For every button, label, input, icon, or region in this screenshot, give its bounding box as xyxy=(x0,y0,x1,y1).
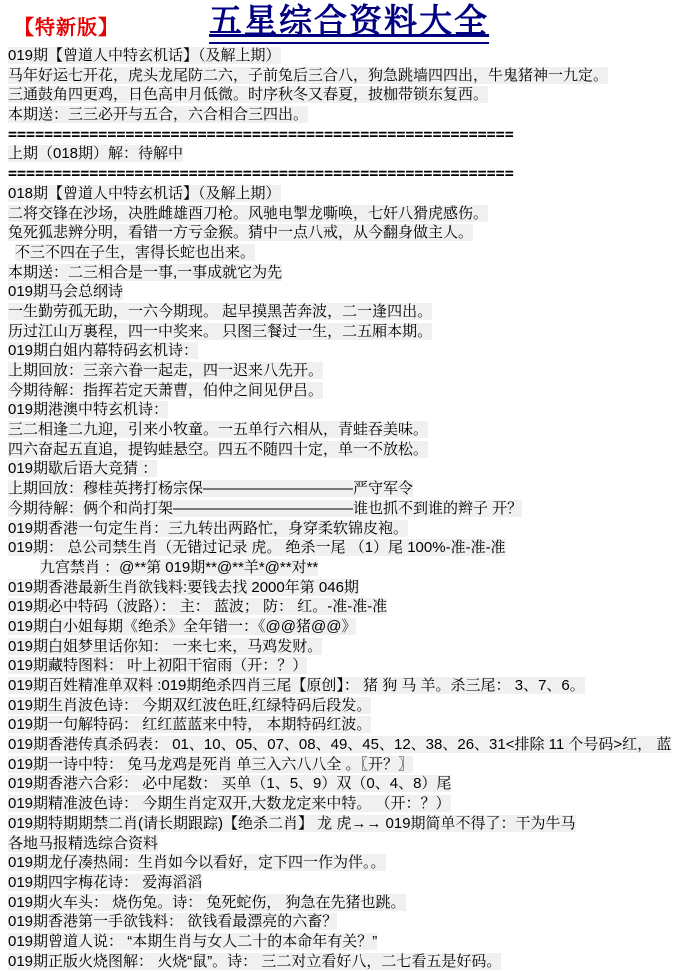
text-line: 019期香港第一手欲钱料： 欲钱看最漂亮的六畜？ xyxy=(8,912,690,932)
line-text: 019期马会总纲诗 xyxy=(8,283,123,300)
line-text: 019期正版火烧图解： 火烧“鼠”。诗： 三二对立看好八，二七看五是好码。 xyxy=(8,953,501,970)
text-line: 四六奋起五直追，提钩蛙悬空。四五不随四十定，单一不放松。 xyxy=(8,440,690,460)
line-text: 三通鼓角四更鸡，日色高申月低微。时序秋冬又春夏，披枷带锁东复西。 xyxy=(8,86,488,103)
line-text: 019期精准波色诗： 今期生肖定双开,大数龙定来中特。 （开：？） xyxy=(8,795,451,812)
line-text: 019期必中特码（波路）： 主： 蓝波； 防： 红。-准-准-准 xyxy=(8,598,387,615)
line-text: 019期白姐梦里话你知： 一来七来，马鸡发财。 xyxy=(8,638,322,655)
text-line: 019期特期期禁二肖(请长期跟踪)【绝杀二肖】 龙 虎→→ 019期简单不得了：… xyxy=(8,814,690,834)
line-text: 019期香港传真杀码表： 01、10、05、07、08、49、45、12、38、… xyxy=(8,736,671,753)
line-text: 019期百姓精准单双料 :019期绝杀四肖三尾【原创】： 猪 狗 马 羊。杀三尾… xyxy=(8,677,585,694)
text-line: 各地马报精选综合资料 xyxy=(8,834,690,854)
text-line: 019期藏特图料： 叶上初阳干宿雨（开：？） xyxy=(8,656,690,676)
line-text: 今期待解：指挥若定天萧曹，伯仲之间见伊吕。 xyxy=(8,382,323,399)
text-line: 018期【曾道人中特玄机话】（及解上期） xyxy=(8,184,690,204)
content-lines: 019期【曾道人中特玄机话】（及解上期）马年好运七开花，虎头龙尾防二六，子前兔后… xyxy=(8,46,690,971)
text-line: 本期送：三三必开与五合，六合相合三四出。 xyxy=(8,105,690,125)
text-line: 今期待解：俩个和尚打架————————————谁也抓不到谁的辫子 开？ xyxy=(8,499,690,519)
text-line: 019期【曾道人中特玄机话】（及解上期） xyxy=(8,46,690,66)
line-text: 不三不四在子生，害得长蛇也出来。 xyxy=(15,244,255,261)
line-text: 019期生肖波色诗： 今期双红波色旺,红绿特码后段发。 xyxy=(8,697,371,714)
line-text: 历过江山万裏程，四一中奖来。 只图三餐过一生，二五厢本期。 xyxy=(8,323,432,340)
line-text: 019期香港最新生肖欲钱料:要钱去找 2000年第 046期 xyxy=(8,579,359,596)
text-line: 019期马会总纲诗 xyxy=(8,282,690,302)
edition-badge: 【特新版】 xyxy=(14,11,119,40)
text-line: 019期火车头： 烧伤兔。诗： 兔死蛇伤， 狗急在先猪也跳。 xyxy=(8,893,690,913)
text-line: 一生勤劳孤无助，一六今期现。 起早摸黑苦奔波，二一逢四出。 xyxy=(8,302,690,322)
text-line: 019期龙仔凑热闹：生肖如今以看好，定下四一作为伴。。 xyxy=(8,853,690,873)
line-text: 019期藏特图料： 叶上初阳干宿雨（开：？） xyxy=(8,657,307,674)
line-text: 上期回放：穆桂英拷打杨宗保——————————严守军令 xyxy=(8,480,413,497)
text-line: 019期曾道人说： “本期生肖与女人二十的本命年有关？” xyxy=(8,932,690,952)
line-text: 019期香港第一手欲钱料： 欲钱看最漂亮的六畜？ xyxy=(8,913,337,930)
text-line: 019期四字梅花诗： 爱海滔滔 xyxy=(8,873,690,893)
text-line: 今期待解：指挥若定天萧曹，伯仲之间见伊吕。 xyxy=(8,381,690,401)
text-line: 019期白姐内幕特码玄机诗： xyxy=(8,341,690,361)
text-line: 019期一句解特码： 红红蓝蓝来中特， 本期特码红波。 xyxy=(8,715,690,735)
line-text: 兔死狐悲辨分明，看错一方亏金猴。猜中一点八戒，从今翻身做主人。 xyxy=(8,224,473,241)
line-text: 019期特期期禁二肖(请长期跟踪)【绝杀二肖】 龙 虎→→ 019期简单不得了：… xyxy=(8,815,576,832)
line-text: 018期【曾道人中特玄机话】（及解上期） xyxy=(8,185,281,202)
text-line: 上期回放：三亲六眷一起走，四一迟来八先开。 xyxy=(8,361,690,381)
text-line: 兔死狐悲辨分明，看错一方亏金猴。猜中一点八戒，从今翻身做主人。 xyxy=(8,223,690,243)
line-text: 上期回放：三亲六眷一起走，四一迟来八先开。 xyxy=(8,362,323,379)
line-text: 本期送：二三相合是一事,一事成就它为先 xyxy=(8,264,282,281)
line-text: 019期【曾道人中特玄机话】（及解上期） xyxy=(8,47,281,64)
text-line: 马年好运七开花，虎头龙尾防二六，子前兔后三合八，狗急跳墙四四出，牛鬼猪神一九定。 xyxy=(8,66,690,86)
text-line: 九宫禁肖 ：@**第 019期**@**羊*@**对** xyxy=(8,558,690,578)
line-text: 019期四字梅花诗： 爱海滔滔 xyxy=(8,874,202,891)
line-text: 019期： 总公司禁生肖（无错过记录 虎。 绝杀一尾 （1）尾 100%-准-准… xyxy=(8,539,506,556)
text-line: 上期（018期）解：待解中 xyxy=(8,144,690,164)
line-text: 019期歇后语大竞猜 ： xyxy=(8,460,157,477)
text-line: 019期： 总公司禁生肖（无错过记录 虎。 绝杀一尾 （1）尾 100%-准-准… xyxy=(8,538,690,558)
text-line: 019期香港最新生肖欲钱料:要钱去找 2000年第 046期 xyxy=(8,578,690,598)
line-text: 四六奋起五直追，提钩蛙悬空。四五不随四十定，单一不放松。 xyxy=(8,441,428,458)
line-text: 019期一句解特码： 红红蓝蓝来中特， 本期特码红波。 xyxy=(8,716,371,733)
line-text: 019期龙仔凑热闹：生肖如今以看好，定下四一作为伴。。 xyxy=(8,854,386,871)
line-text: 019期白小姐每期《绝杀》全年错一：《@@猪@@》 xyxy=(8,618,356,635)
text-line: 019期白小姐每期《绝杀》全年错一：《@@猪@@》 xyxy=(8,617,690,637)
text-line: 019期精准波色诗： 今期生肖定双开,大数龙定来中特。 （开：？） xyxy=(8,794,690,814)
line-text: 马年好运七开花，虎头龙尾防二六，子前兔后三合八，狗急跳墙四四出，牛鬼猪神一九定。 xyxy=(8,67,608,84)
line-text: 本期送：三三必开与五合，六合相合三四出。 xyxy=(8,106,308,123)
text-line: 三二相逢二九迎，引来小牧童。一五单行六相从，青蛙吞美味。 xyxy=(8,420,690,440)
separator-line: ========================================… xyxy=(8,125,690,145)
line-text: 019期白姐内幕特码玄机诗： xyxy=(8,342,198,359)
line-text: 019期香港一句定生肖：三九转出两路忙，身穿柔软锦皮袍。 xyxy=(8,520,408,537)
text-line: 019期白姐梦里话你知： 一来七来，马鸡发财。 xyxy=(8,637,690,657)
text-line: 019期一诗中特： 兔马龙鸡是死肖 单三入六八八全 。〖开？〗 xyxy=(8,755,690,775)
line-text: 019期香港六合彩： 必中尾数： 买单（1、5、9）双（0、4、8）尾 xyxy=(8,775,451,792)
text-line: 019期香港一句定生肖：三九转出两路忙，身穿柔软锦皮袍。 xyxy=(8,519,690,539)
line-text: 各地马报精选综合资料 xyxy=(8,835,158,852)
text-line: 019期必中特码（波路）： 主： 蓝波； 防： 红。-准-准-准 xyxy=(8,597,690,617)
line-text: 019期火车头： 烧伤兔。诗： 兔死蛇伤， 狗急在先猪也跳。 xyxy=(8,894,406,911)
line-text: 019期一诗中特： 兔马龙鸡是死肖 单三入六八八全 。〖开？〗 xyxy=(8,756,413,773)
text-line: 二将交锋在沙场，决胜雌雄酉刀枪。风驰电掣龙嘶唤，七奸八猾虎感伤。 xyxy=(8,204,690,224)
line-text: 二将交锋在沙场，决胜雌雄酉刀枪。风驰电掣龙嘶唤，七奸八猾虎感伤。 xyxy=(8,205,488,222)
text-line: 三通鼓角四更鸡，日色高申月低微。时序秋冬又春夏，披枷带锁东复西。 xyxy=(8,85,690,105)
line-text: 上期（018期）解：待解中 xyxy=(8,145,183,162)
page-title-text: 五星综合资料大全 xyxy=(209,2,489,44)
line-text: 三二相逢二九迎，引来小牧童。一五单行六相从，青蛙吞美味。 xyxy=(8,421,428,438)
text-line: 019期正版火烧图解： 火烧“鼠”。诗： 三二对立看好八，二七看五是好码。 xyxy=(8,952,690,971)
line-text: 九宫禁肖 ：@**第 019期**@**羊*@**对** xyxy=(40,559,318,576)
lottery-info-page: 【特新版】 五星综合资料大全 019期【曾道人中特玄机话】（及解上期）马年好运七… xyxy=(0,0,690,971)
text-line: 不三不四在子生，害得长蛇也出来。 xyxy=(8,243,690,263)
text-line: 019期港澳中特玄机诗： xyxy=(8,400,690,420)
line-text: 一生勤劳孤无助，一六今期现。 起早摸黑苦奔波，二一逢四出。 xyxy=(8,303,432,320)
text-line: 本期送：二三相合是一事,一事成就它为先 xyxy=(8,263,690,283)
separator-text: ========================================… xyxy=(8,164,514,182)
text-line: 上期回放：穆桂英拷打杨宗保——————————严守军令 xyxy=(8,479,690,499)
text-line: 019期生肖波色诗： 今期双红波色旺,红绿特码后段发。 xyxy=(8,696,690,716)
text-line: 历过江山万裏程，四一中奖来。 只图三餐过一生，二五厢本期。 xyxy=(8,322,690,342)
line-text: 019期曾道人说： “本期生肖与女人二十的本命年有关？” xyxy=(8,933,377,950)
text-line: 019期香港六合彩： 必中尾数： 买单（1、5、9）双（0、4、8）尾 xyxy=(8,774,690,794)
text-line: 019期歇后语大竞猜 ： xyxy=(8,459,690,479)
line-text: 019期港澳中特玄机诗： xyxy=(8,401,168,418)
text-line: 019期香港传真杀码表： 01、10、05、07、08、49、45、12、38、… xyxy=(8,735,690,755)
separator-line: ========================================… xyxy=(8,164,690,184)
text-line: 019期百姓精准单双料 :019期绝杀四肖三尾【原创】： 猪 狗 马 羊。杀三尾… xyxy=(8,676,690,696)
page-header: 【特新版】 五星综合资料大全 xyxy=(8,2,690,44)
separator-text: ========================================… xyxy=(8,125,514,143)
line-text: 今期待解：俩个和尚打架————————————谁也抓不到谁的辫子 开？ xyxy=(8,500,522,517)
